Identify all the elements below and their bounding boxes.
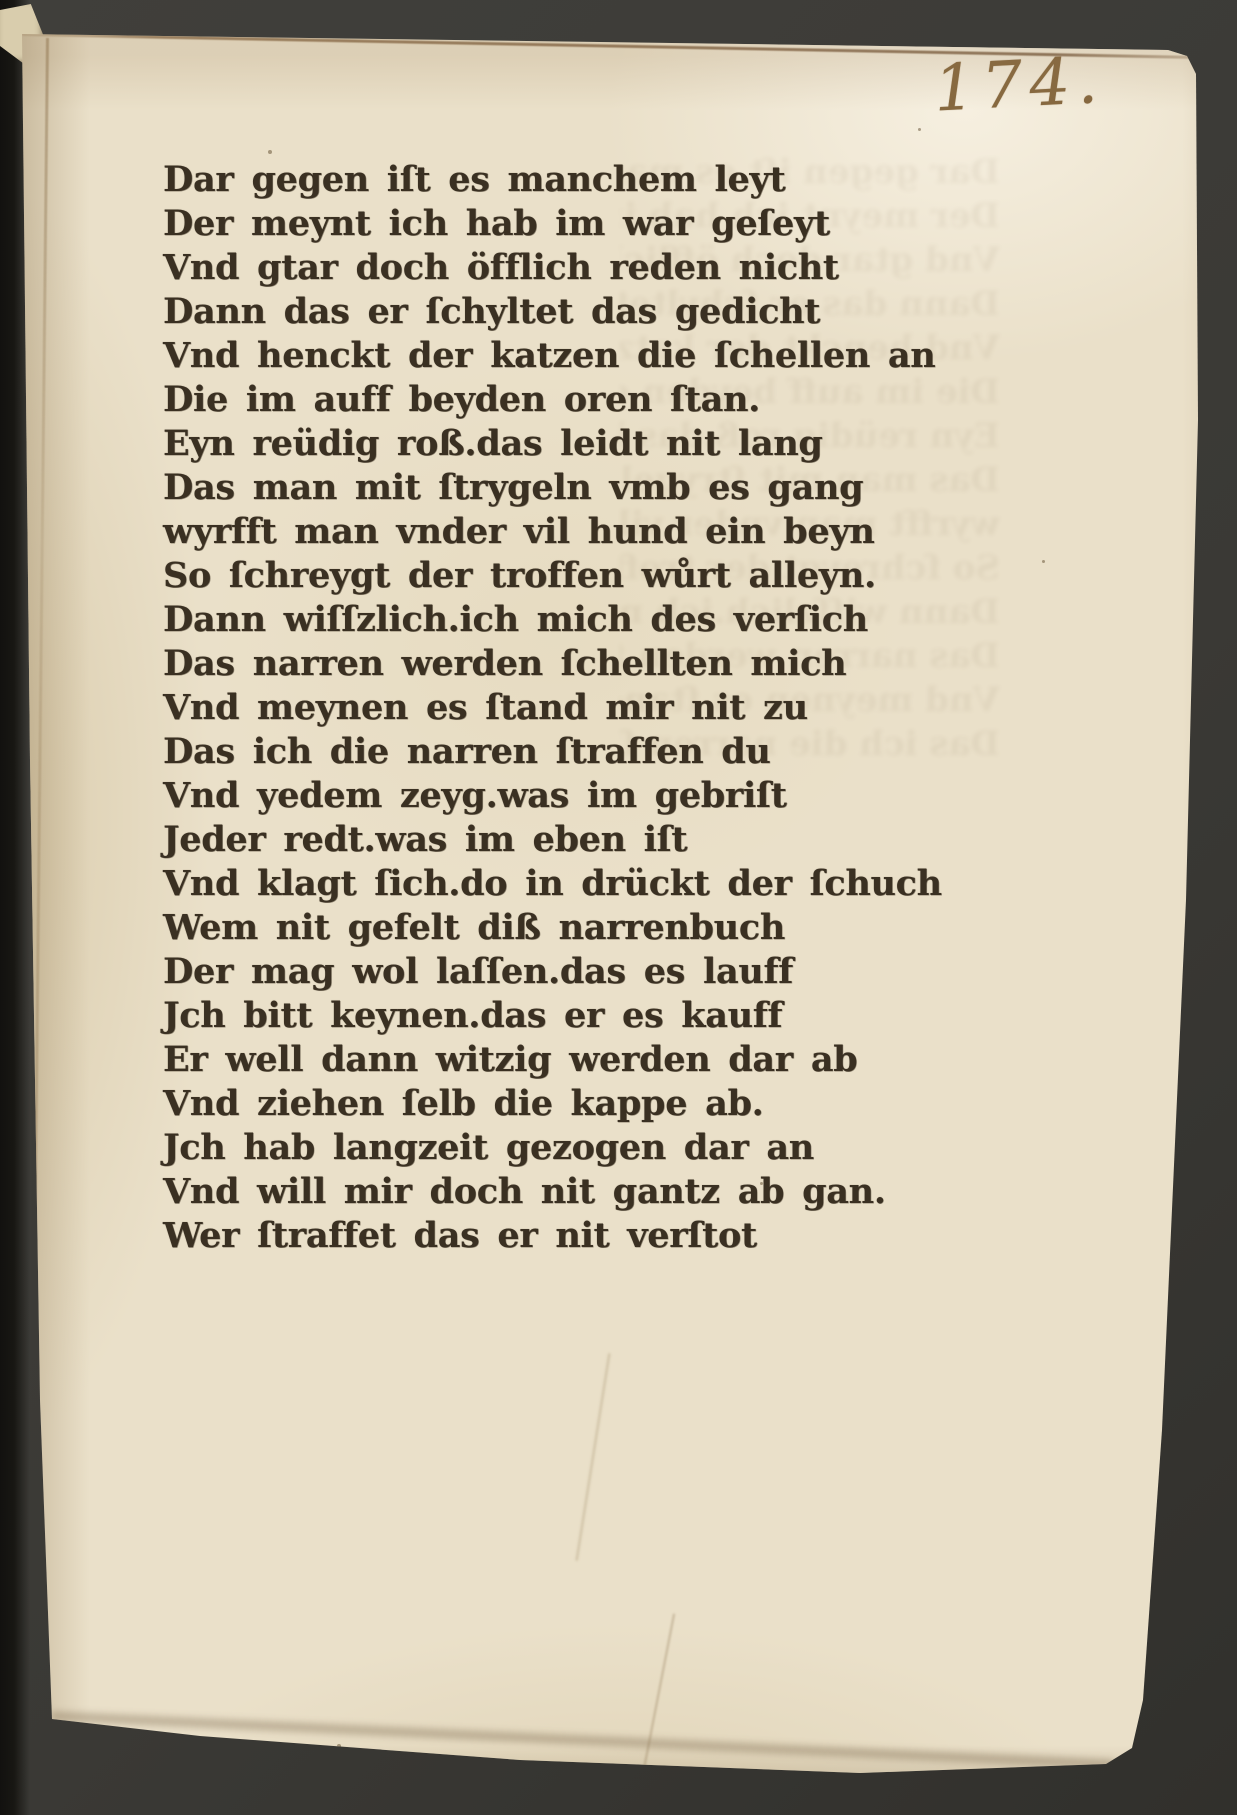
poem-line: Vnd yedem zeyg.was im gebriſt xyxy=(163,774,953,818)
paper-crease xyxy=(576,1353,611,1561)
poem-line: Der meynt ich hab im war geſeyt xyxy=(163,202,953,246)
poem-line: Vnd will mir doch nit gantz ab gan. xyxy=(163,1170,953,1214)
page-bottom-edge-shadow xyxy=(50,1712,1115,1768)
poem-line: Dann wiſſzlich.ich mich des verſich xyxy=(163,598,953,642)
paper-crease xyxy=(637,1614,675,1801)
poem-line: Das ich die narren ſtraffen du xyxy=(163,730,953,774)
poem-line: Dar gegen iſt es manchem leyt xyxy=(163,158,953,202)
poem-line: Vnd klagt ſich.do in drückt der ſchuch xyxy=(163,862,953,906)
paper-speck xyxy=(268,150,272,154)
paper-speck xyxy=(918,128,921,131)
poem-line: Wer ſtraffet das er nit verſtot xyxy=(163,1214,953,1258)
poem-line: Der mag wol laſſen.das es lauff xyxy=(163,950,953,994)
folio-number-annotation: 174. xyxy=(932,43,1116,126)
paper-speck xyxy=(337,1744,341,1748)
poem-line: Die im auff beyden oren ſtan. xyxy=(163,378,953,422)
poem-line: Vnd meynen es ſtand mir nit zu xyxy=(163,686,953,730)
poem-line: Jeder redt.was im eben iſt xyxy=(163,818,953,862)
poem-line: Eyn reüdig roß.das leidt nit lang xyxy=(163,422,953,466)
book-page: Dar gegen iſt es manchem leytDer meynt i… xyxy=(0,0,1237,1815)
poem-line: Dann das er ſchyltet das gedicht xyxy=(163,290,953,334)
poem-line: wyrfft man vnder vil hund ein beyn xyxy=(163,510,953,554)
paper-speck xyxy=(760,1182,763,1185)
poem-text-block: Dar gegen iſt es manchem leytDer meynt i… xyxy=(163,158,953,1258)
book-scan: Dar gegen iſt es manchem leytDer meynt i… xyxy=(0,0,1237,1815)
poem-line: Das man mit ſtrygeln vmb es gang xyxy=(163,466,953,510)
poem-line: So ſchreygt der troffen wůrt alleyn. xyxy=(163,554,953,598)
poem-line: Vnd ziehen ſelb die kappe ab. xyxy=(163,1082,953,1126)
poem-line: Wem nit gefelt diß narrenbuch xyxy=(163,906,953,950)
poem-line: Vnd gtar doch öfflich reden nicht xyxy=(163,246,953,290)
poem-line: Jch bitt keynen.das er es kauff xyxy=(163,994,953,1038)
poem-line: Jch hab langzeit gezogen dar an xyxy=(163,1126,953,1170)
paper-speck xyxy=(1042,560,1045,563)
poem-line: Er well dann witzig werden dar ab xyxy=(163,1038,953,1082)
poem-line: Vnd henckt der katzen die ſchellen an xyxy=(163,334,953,378)
gutter-crease xyxy=(28,38,49,1718)
poem-line: Das narren werden ſchellten mich xyxy=(163,642,953,686)
